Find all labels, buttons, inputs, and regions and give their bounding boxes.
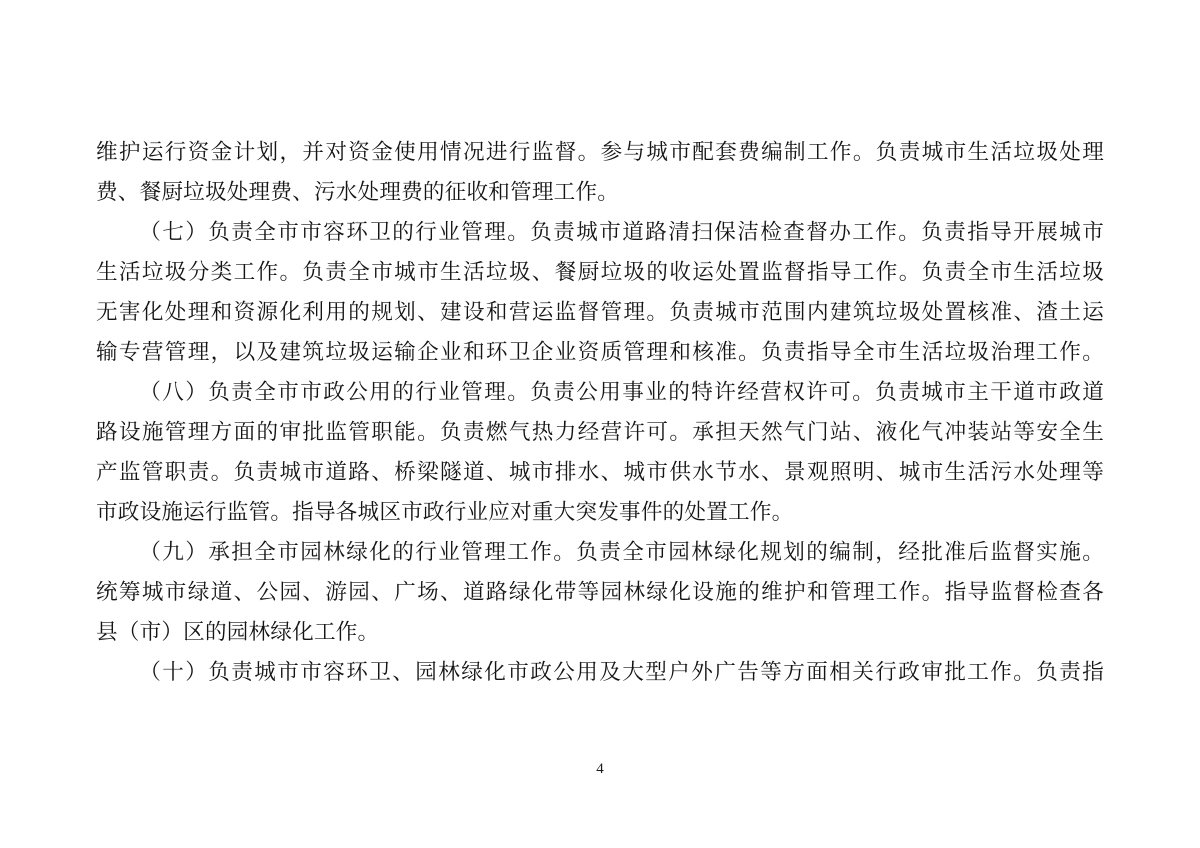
text-line: 无害化处理和资源化利用的规划、建设和营运监督管理。负责城市范围内建筑垃圾处置核准… bbox=[96, 292, 1104, 332]
text-line: 市政设施运行监管。指导各城区市政行业应对重大突发事件的处置工作。 bbox=[96, 492, 1104, 532]
text-line: （八）负责全市市政公用的行业管理。负责公用事业的特许经营权许可。负责城市主干道市… bbox=[96, 372, 1104, 412]
text-line: （九）承担全市园林绿化的行业管理工作。负责全市园林绿化规划的编制，经批准后监督实… bbox=[96, 532, 1104, 572]
text-line: 县（市）区的园林绿化工作。 bbox=[96, 612, 1104, 652]
text-block: 维护运行资金计划，并对资金使用情况进行监督。参与城市配套费编制工作。负责城市生活… bbox=[96, 132, 1104, 692]
text-line: 统筹城市绿道、公园、游园、广场、道路绿化带等园林绿化设施的维护和管理工作。指导监… bbox=[96, 572, 1104, 612]
text-line: （十）负责城市市容环卫、园林绿化市政公用及大型户外广告等方面相关行政审批工作。负… bbox=[96, 652, 1104, 692]
document-page: 维护运行资金计划，并对资金使用情况进行监督。参与城市配套费编制工作。负责城市生活… bbox=[0, 0, 1200, 848]
page-number: 4 bbox=[0, 758, 1200, 780]
text-line: 输专营管理，以及建筑垃圾运输企业和环卫企业资质管理和核准。负责指导全市生活垃圾治… bbox=[96, 332, 1104, 372]
text-line: 生活垃圾分类工作。负责全市城市生活垃圾、餐厨垃圾的收运处置监督指导工作。负责全市… bbox=[96, 252, 1104, 292]
text-line: 费、餐厨垃圾处理费、污水处理费的征收和管理工作。 bbox=[96, 172, 1104, 212]
text-line: 维护运行资金计划，并对资金使用情况进行监督。参与城市配套费编制工作。负责城市生活… bbox=[96, 132, 1104, 172]
text-line: 路设施管理方面的审批监管职能。负责燃气热力经营许可。承担天然气门站、液化气冲装站… bbox=[96, 412, 1104, 452]
text-line: （七）负责全市市容环卫的行业管理。负责城市道路清扫保洁检查督办工作。负责指导开展… bbox=[96, 212, 1104, 252]
text-line: 产监管职责。负责城市道路、桥梁隧道、城市排水、城市供水节水、景观照明、城市生活污… bbox=[96, 452, 1104, 492]
